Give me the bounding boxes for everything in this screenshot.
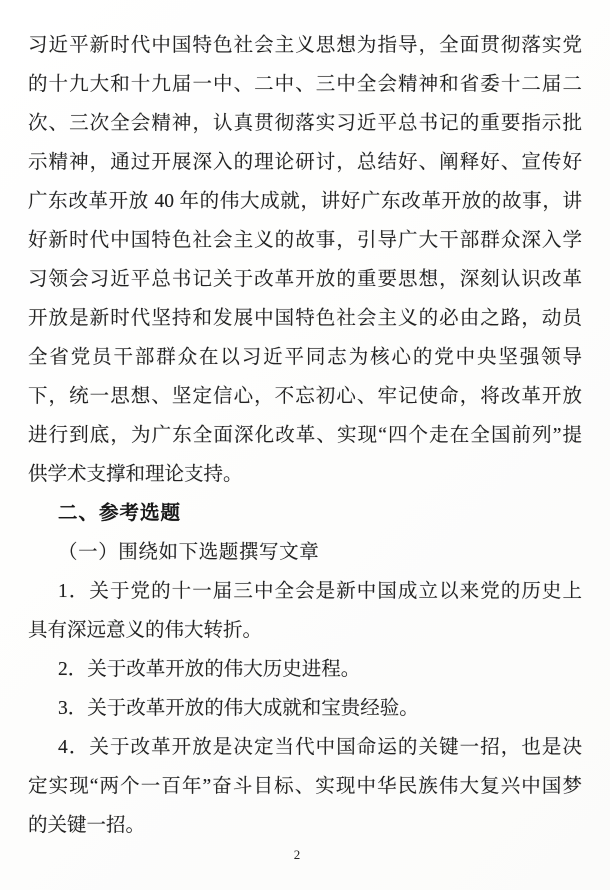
paragraph-line: 次、三次全会精神，认真贯彻落实习近平总书记的重要指示批: [28, 104, 582, 143]
document-page: 习近平新时代中国特色社会主义思想为指导，全面贯彻落实党 的十九大和十九届一中、二…: [0, 0, 610, 890]
list-item-line: 定实现“两个一百年”奋斗目标、实现中华民族伟大复兴中国梦: [28, 767, 582, 806]
paragraph-line: 开放是新时代坚持和发展中国特色社会主义的必由之路，动员: [28, 299, 582, 338]
paragraph-line: 进行到底，为广东全面深化改革、实现“四个走在全国前列”提: [28, 416, 582, 455]
list-item-line: 具有深远意义的伟大转折。: [28, 611, 582, 650]
section-heading: 二、参考选题: [28, 494, 582, 533]
paragraph-line: 下，统一思想、坚定信心，不忘初心、牢记使命，将改革开放: [28, 377, 582, 416]
page-number: 2: [0, 845, 594, 865]
paragraph-line: 供学术支撑和理论支持。: [28, 455, 582, 494]
paragraph-line: 全省党员干部群众在以习近平同志为核心的党中央坚强领导: [28, 338, 582, 377]
list-item-line: 4．关于改革开放是决定当代中国命运的关键一招，也是决: [28, 728, 582, 767]
list-item-line: 3．关于改革开放的伟大成就和宝贵经验。: [28, 689, 582, 728]
paragraph-line: 广东改革开放 40 年的伟大成就，讲好广东改革开放的故事，讲: [28, 182, 582, 221]
list-item-line: 2．关于改革开放的伟大历史进程。: [28, 650, 582, 689]
subsection-heading: （一）围绕如下选题撰写文章: [28, 533, 582, 572]
list-item-line: 的关键一招。: [28, 806, 582, 845]
list-item-line: 1．关于党的十一届三中全会是新中国成立以来党的历史上: [28, 572, 582, 611]
paragraph-line: 习领会习近平总书记关于改革开放的重要思想，深刻认识改革: [28, 260, 582, 299]
paragraph-line: 好新时代中国特色社会主义的故事，引导广大干部群众深入学: [28, 221, 582, 260]
paragraph-line: 习近平新时代中国特色社会主义思想为指导，全面贯彻落实党: [28, 26, 582, 65]
paragraph-line: 的十九大和十九届一中、二中、三中全会精神和省委十二届二: [28, 65, 582, 104]
page-content: 习近平新时代中国特色社会主义思想为指导，全面贯彻落实党 的十九大和十九届一中、二…: [28, 26, 582, 845]
paragraph-line: 示精神，通过开展深入的理论研讨，总结好、阐释好、宣传好: [28, 143, 582, 182]
